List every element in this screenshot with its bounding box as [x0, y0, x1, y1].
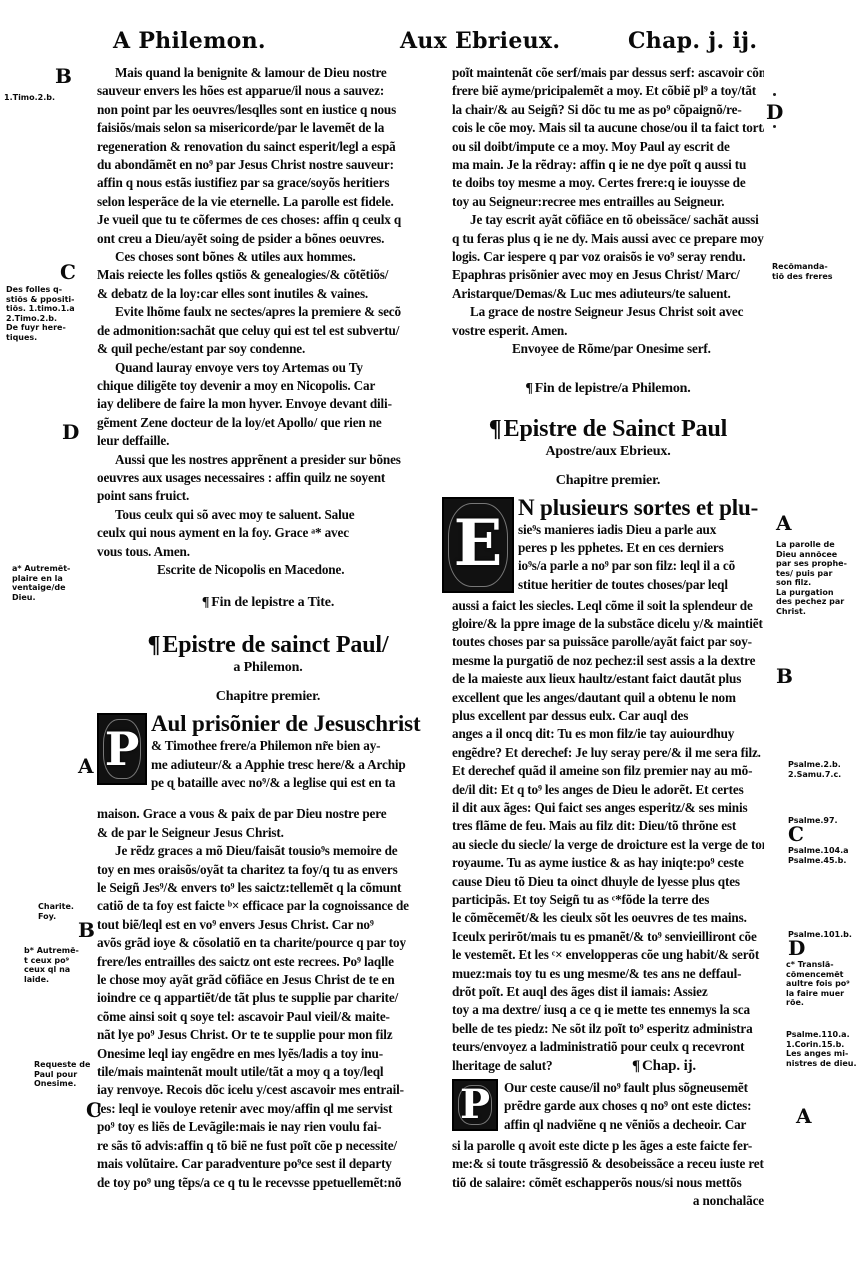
text-line: oeuvres aux usages necessaires : affin q…	[97, 469, 439, 487]
text-line: frere biẽ ayme/pricipalemẽt a moy. Et cõ…	[452, 82, 764, 100]
margin-note: a* Autremẽt- plaire en la ventaige/de Di…	[12, 564, 70, 602]
text-line: ont creu a Dieu/ayẽt soing de psider a b…	[97, 230, 439, 248]
text-line: Onesime leql iay engẽdre en mes lyẽs/lad…	[97, 1045, 439, 1063]
margin-letter-b: B	[776, 664, 793, 688]
text-line: le chose moy ayãt grãd cõfiãce en Jesus …	[97, 971, 439, 989]
text-line: aussi a faict les siecles. Leql cõme il …	[452, 597, 764, 615]
text-line: logis. Car iespere q par voz oraisõs ie …	[452, 248, 764, 266]
decorated-initial-e: E	[442, 497, 514, 593]
margin-letter-a: A	[776, 511, 792, 535]
margin-letter-b: B	[78, 918, 95, 942]
text-line: ioindre ce q appartiẽt/de tãt plus te su…	[97, 989, 439, 1007]
text-line: mesme la purgatiõ de noz pechez:il sest …	[452, 652, 764, 670]
text-line: toy a ma dextre/ iusq a ce q ie mette te…	[452, 1001, 764, 1019]
text-line: Mais reiecte les folles qstiõs & genealo…	[97, 266, 439, 284]
text-line: vous tous. Amen.	[97, 543, 439, 561]
chapter-2-heading: ¶Chap. ij.	[632, 1057, 696, 1075]
text-line: poĩt maintenãt cõe serf/mais par dessus …	[452, 64, 764, 82]
text-line: toy en mes oraisõs/oyãt ta charitez ta f…	[97, 861, 439, 879]
margin-note: Psalme.110.a. 1.Corin.15.b. Les anges mi…	[786, 1030, 857, 1068]
text-line: po⁹ toy es liẽs de Levãgile:mais ie nay …	[97, 1118, 439, 1136]
text-line: Tous ceulx qui sõ avec moy te saluent. S…	[97, 506, 439, 524]
margin-note: La parolle de Dieu annõcee par ses proph…	[776, 540, 847, 616]
margin-letter-c: C	[86, 1098, 102, 1122]
text-line: me adiuteur/& a Apphie tresc here/& a Ar…	[151, 756, 439, 774]
text-line: Mais quand la benignite & lamour de Dieu…	[97, 64, 439, 82]
decorated-initial-p: P	[97, 713, 147, 785]
text-line: Je vueil que tu te cõfermes de ces chose…	[97, 211, 439, 229]
margin-note: c* Translã- cõmencemẽt aultre fois po⁹ l…	[786, 960, 850, 1008]
text-line: ou sil doibt/impute ce a moy. Moy Paul a…	[452, 138, 764, 156]
text-line: le cõmẽcemẽt/& les cieulx sõt les oeuvre…	[452, 909, 764, 927]
text-line: selon lesperãce de la vie eternelle. La …	[97, 193, 439, 211]
bible-page: A Philemon. Aux Ebrieux. Chap. j. ij. Ma…	[0, 0, 858, 1270]
text-line: io⁹s/a parle a no⁹ par son filz: leql il…	[518, 557, 764, 575]
text-line: de la maieste aux lieux haultz/estant fa…	[452, 670, 764, 688]
initial-block: P Aul prisõnier de Jesuschrist & Timothe…	[97, 713, 439, 805]
right-column: poĩt maintenãt cõe serf/mais par dessus …	[452, 64, 764, 1211]
running-header-right: Chap. j. ij.	[628, 28, 757, 54]
text-line: pe ɋ bataille avec no⁹/& a leglise qui e…	[151, 774, 439, 792]
text-line: toutes choses par sa puissãce parolle/ay…	[452, 633, 764, 651]
chapter-heading: Chapitre premier.	[97, 687, 439, 707]
margin-letter-a: A	[78, 754, 94, 778]
initial-block-2: P Our ceste cause/il no⁹ fault plus sõgn…	[452, 1079, 764, 1137]
text-line: catiõ de ta foy est faicte ᵇ× efficace p…	[97, 897, 439, 915]
text-line: lheritage de salut? ¶Chap. ij.	[452, 1057, 764, 1075]
text-line: affin q nous estãs iustifiez par sa grac…	[97, 174, 439, 192]
text-line: Je tay escrit ayãt cõfiãce en tõ obeissã…	[452, 211, 764, 229]
text-line: tiõ de salaire: cõmẽt eschapperõs nous/s…	[452, 1174, 764, 1192]
text-line: iay renvoye. Recois dõc icelu y/cest asc…	[97, 1081, 439, 1099]
text-line: belle de tes piedz: Ne sõt ilz poĩt to⁹ …	[452, 1020, 764, 1038]
catchword: a nonchalãce	[452, 1192, 764, 1210]
text-line: avõs grãd ioye & cõsolatiõ en ta charite…	[97, 934, 439, 952]
text-line: chique diligẽte toy devenir a moy en Nic…	[97, 377, 439, 395]
text-line: peres p les pphetes. Et en ces derniers	[518, 539, 764, 557]
text-line: stitue heritier de toutes choses/par leq…	[518, 576, 764, 594]
epistle-title-hebrews: ¶Epistre de Sainct Paul	[452, 415, 764, 443]
text-line: tres flãme de feu. Mais au filz dit: Die…	[452, 817, 764, 835]
text-line: iay delibere de faire la mon hyver. Envo…	[97, 395, 439, 413]
margin-note: Des folles q- stiõs & ppositi- tiõs. 1.t…	[6, 285, 75, 342]
text-line: les: leql ie vouloye retenir avec moy/af…	[97, 1100, 439, 1118]
text-line: muez:mais toy tu es ung mesme/& tes ans …	[452, 965, 764, 983]
text-line: regeneration & renovation du sainct espe…	[97, 138, 439, 156]
text-line: me:& si toute trãsgressiõ & desobeissãce…	[452, 1155, 764, 1173]
pilcrow-icon: ¶	[489, 416, 502, 442]
margin-letter-a: A	[796, 1104, 812, 1128]
text-line: point sans fruict.	[97, 487, 439, 505]
text-line: excellent que les anges/dautant quil a o…	[452, 689, 764, 707]
text-line: ceulx qui nous ayment en la foy. Grace ᵃ…	[97, 524, 439, 542]
end-of-philemon: ¶Fin de lepistre/a Philemon.	[452, 379, 764, 399]
text-line: vostre esperit. Amen.	[452, 322, 764, 340]
text-line: drõt poĩt. Et auql des ãges dist il iama…	[452, 983, 764, 1001]
running-header-center: Aux Ebrieux.	[400, 28, 560, 54]
text-line: sie⁹s manieres iadis Dieu a parle aux	[518, 521, 764, 539]
opening-line: Aul prisõnier de Jesuschrist	[151, 711, 439, 737]
text-line: La grace de nostre Seigneur Jesus Christ…	[452, 303, 764, 321]
text-line: engẽdre? Et derechef: Je luy seray pere/…	[452, 744, 764, 762]
margin-note: Recõmanda- tiõ des freres	[772, 262, 833, 281]
text-line: Our ceste cause/il no⁹ fault plus sõgneu…	[504, 1079, 764, 1097]
margin-letter-c: C	[60, 260, 76, 284]
margin-letter-d: D	[788, 936, 805, 960]
text-line: Envoyee de Rõme/par Onesime serf.	[452, 340, 764, 358]
pilcrow-icon: ¶	[148, 632, 161, 658]
margin-note: Psalme.2.b. 2.Samu.7.c.	[788, 760, 841, 779]
margin-note: b* Autremẽ- t ceux po⁹ ceux ql na laide.	[24, 946, 79, 984]
text-line: leur deffaille.	[97, 432, 439, 450]
text-line: teurs/envoyez a ladministratiõ pour ceul…	[452, 1038, 764, 1056]
text-line: & debatz de la loy:car elles sont inutil…	[97, 285, 439, 303]
text-line: de toy po⁹ ung tẽps/a ce q tu le recevss…	[97, 1174, 439, 1192]
margin-note: Psalme.104.a Psalme.45.b.	[788, 846, 849, 865]
margin-note: Charite. Foy.	[38, 902, 74, 921]
epistle-subtitle: a Philemon.	[97, 659, 439, 677]
text-line: si la parolle q avoit este dicte p les ã…	[452, 1137, 764, 1155]
text-line: mais volũtaire. Car paradventure po⁹ce s…	[97, 1155, 439, 1173]
pilcrow-icon: ¶	[632, 1058, 640, 1074]
text-line: toy au Seigneur:recree mes entrailles au…	[452, 193, 764, 211]
pilcrow-icon: ¶	[525, 381, 532, 396]
text-line: tile/mais maintenãt moult utile/tãt a mo…	[97, 1063, 439, 1081]
text-line: la chair/& au Seigñ? Si dõc tu me as po⁹…	[452, 101, 764, 119]
text-line: Aussi que les nostres apprẽnent a presid…	[97, 451, 439, 469]
chapter-heading: Chapitre premier.	[452, 471, 764, 491]
text-line: Evite lhõme faulx ne sectes/apres la pre…	[97, 303, 439, 321]
text-line: & Timothee frere/a Philemon nr̃e bien ay…	[151, 737, 439, 755]
margin-note: 1.Timo.2.b.	[4, 93, 55, 103]
margin-letter-b: B	[55, 64, 72, 88]
text-line: maison. Grace a vous & paix de par Dieu …	[97, 805, 439, 823]
text-line-part: lheritage de salut?	[452, 1058, 552, 1073]
text-line: cause Dieu tõ Dieu ta oinct dhuyle de ly…	[452, 873, 764, 891]
epistle-subtitle: Apostre/aux Ebrieux.	[452, 443, 764, 461]
margin-letter-d: D	[766, 100, 783, 124]
text-line: participãs. Et toy Seigñ tu as ᶜ*fõde la…	[452, 891, 764, 909]
text-line: Quand lauray envoye vers toy Artemas ou …	[97, 359, 439, 377]
margin-mark	[773, 93, 776, 96]
text-line: Et derechef quãd il ameine son filz prem…	[452, 762, 764, 780]
end-of-titus-label: Fin de lepistre a Tite.	[211, 595, 334, 610]
text-line: ma main. Je la rẽdray: affin q ie ne dye…	[452, 156, 764, 174]
text-line: du abondãmẽt en no⁹ par Jesus Christ nos…	[97, 156, 439, 174]
text-line: Aristarque/Demas/& Luc mes adiuteurs/te …	[452, 285, 764, 303]
margin-letter-c: C	[788, 822, 804, 846]
end-of-titus: ¶Fin de lepistre a Tite.	[97, 593, 439, 613]
text-line: affin ql nadviẽne q ne vẽniõs a decheoir…	[504, 1116, 764, 1134]
text-line: faisiõs/mais selon sa misericorde/par le…	[97, 119, 439, 137]
end-of-philemon-label: Fin de lepistre/a Philemon.	[535, 381, 691, 396]
text-line: gloire/& la ppre image de la substãce di…	[452, 615, 764, 633]
text-line: royaume. Tu as ayme iustice & as hay ini…	[452, 854, 764, 872]
text-line: de/il dit: Et q to⁹ les anges de Dieu le…	[452, 781, 764, 799]
text-line: tout biẽ/leql est en vo⁹ envers Jesus Ch…	[97, 916, 439, 934]
text-line: le vestemẽt. Et les ᶜ× envelopperas cõe …	[452, 946, 764, 964]
text-line: Ces choses sont bõnes & utiles aux homme…	[97, 248, 439, 266]
text-line: non point par les oeuvres/lesqlles sont …	[97, 101, 439, 119]
text-line: au siecle du siecle/ la verge de droictu…	[452, 836, 764, 854]
text-line: il dit aux ãges: Qui faict ses anges esp…	[452, 799, 764, 817]
text-line: plus excellent par dessus eulx. Car auql…	[452, 707, 764, 725]
text-line: Iceulx perirõt/mais tu es pmanẽt/& to⁹ s…	[452, 928, 764, 946]
text-line: de admonition:sachãt que celuy qui est t…	[97, 322, 439, 340]
text-line: & de par le Seigneur Jesus Christ.	[97, 824, 439, 842]
text-line: anges a il oncq dit: Tu es mon filz/ie t…	[452, 725, 764, 743]
margin-note: Requeste de Paul pour Onesime.	[34, 1060, 90, 1089]
epistle-title-philemon: ¶Epistre de sainct Paul/	[97, 631, 439, 659]
text-line: Escrite de Nicopolis en Macedone.	[97, 561, 439, 579]
text-line: & quil peche/estant par soy condenne.	[97, 340, 439, 358]
epistle-title-label: Epistre de sainct Paul/	[162, 632, 388, 658]
text-line: prẽdre garde aux choses q no⁹ ont este d…	[504, 1097, 764, 1115]
text-line: Je rẽdz graces a mõ Dieu/faisãt tousio⁹s…	[97, 842, 439, 860]
left-column: Mais quand la benignite & lamour de Dieu…	[97, 64, 439, 1192]
margin-letter-d: D	[62, 420, 79, 444]
text-line: cõme ainsi soit q soye tel: ascavoir Pau…	[97, 1008, 439, 1026]
pilcrow-icon: ¶	[202, 595, 209, 610]
text-line: cois le cõe moy. Mais sil ta aucune chos…	[452, 119, 764, 137]
text-line: te doibs toy mesme a moy. Certes frere:q…	[452, 174, 764, 192]
text-line: gẽment Zene docteur de la loy/et Apollo/…	[97, 414, 439, 432]
margin-mark	[773, 125, 776, 128]
initial-block: E N plusieurs sortes et plu- sie⁹s manie…	[452, 497, 764, 597]
epistle-title-label: Epistre de Sainct Paul	[504, 416, 728, 442]
text-line: q tu feras plus q ie ne dy. Mais aussi a…	[452, 230, 764, 248]
text-line: le Seigñ Jes⁹/& envers to⁹ les saictz:te…	[97, 879, 439, 897]
text-line: Epaphras prisõnier avec moy en Jesus Chr…	[452, 266, 764, 284]
running-header-left: A Philemon.	[113, 28, 266, 54]
text-line: nãt lye po⁹ Jesus Christ. Or te te suppl…	[97, 1026, 439, 1044]
text-line: sauveur envers les hões est apparue/il n…	[97, 82, 439, 100]
decorated-initial-p: P	[452, 1079, 498, 1131]
text-line: re sãs tõ advis:affin q tõ biẽ ne fust p…	[97, 1137, 439, 1155]
text-line: frere/les entrailles des saictz ont este…	[97, 953, 439, 971]
opening-line: N plusieurs sortes et plu-	[518, 495, 764, 521]
